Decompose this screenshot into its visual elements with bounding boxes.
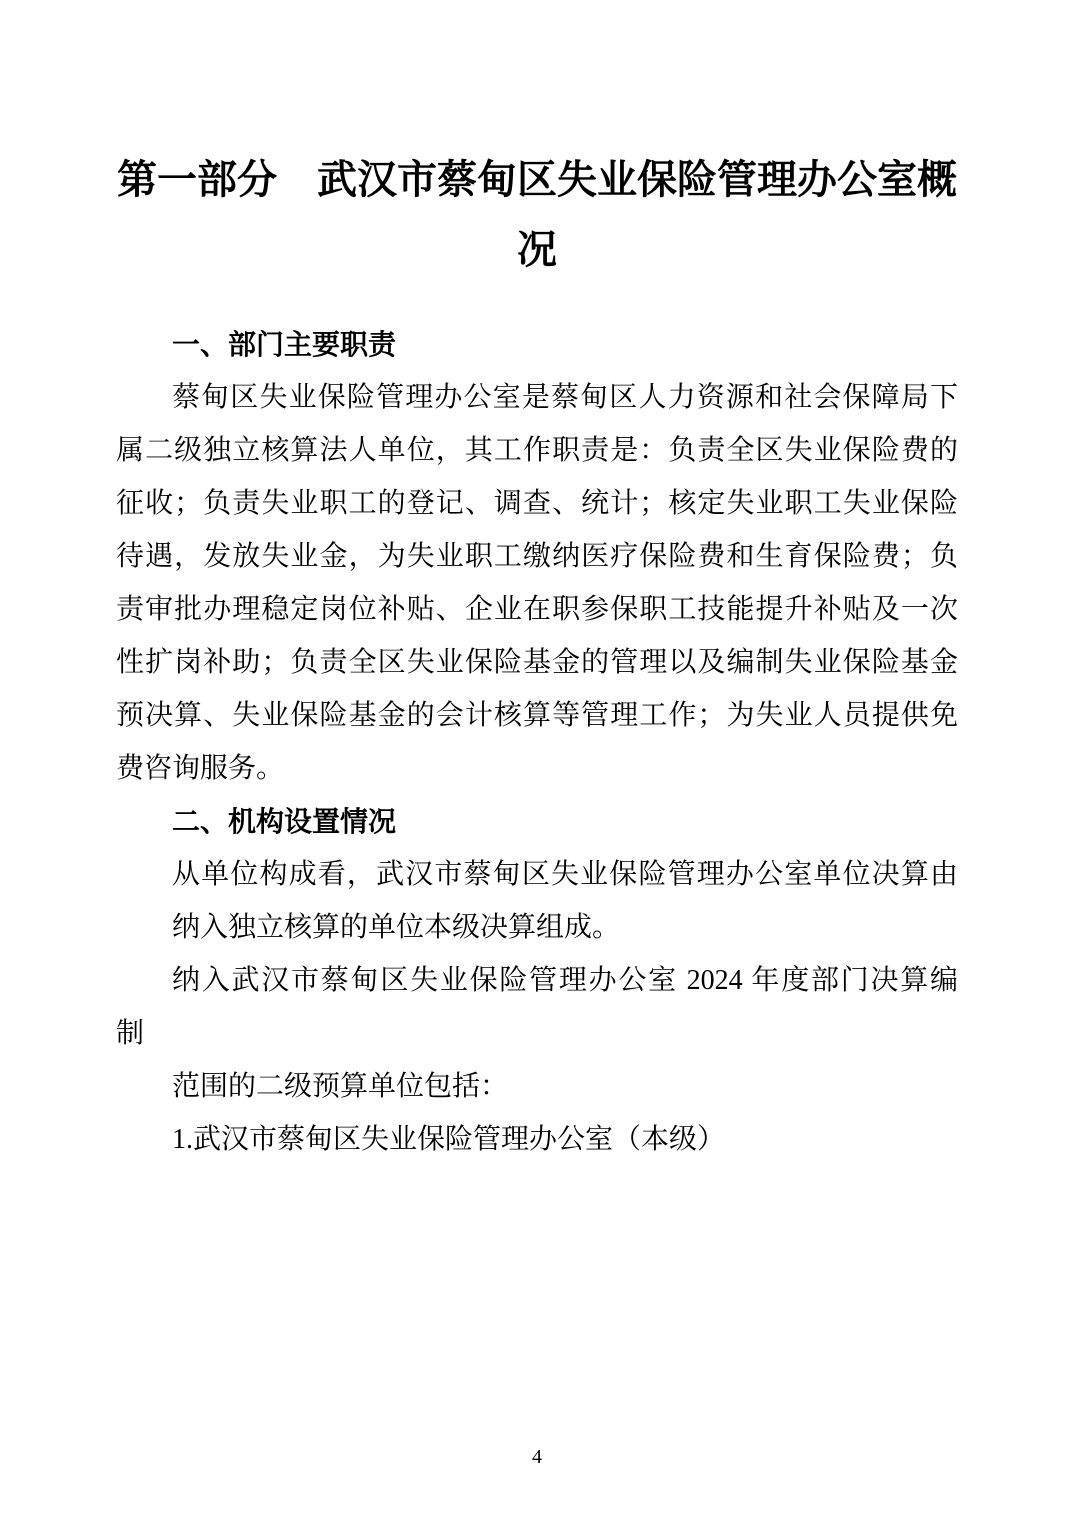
document-body: 一、部门主要职责 蔡甸区失业保险管理办公室是蔡甸区人力资源和社会保障局下 属二级… (116, 318, 958, 1166)
section-1-line-1: 蔡甸区失业保险管理办公室是蔡甸区人力资源和社会保障局下 (116, 371, 958, 424)
section-1-heading: 一、部门主要职责 (116, 318, 958, 371)
page-title-line-2: 况 (116, 215, 958, 285)
section-1-line-2: 属二级独立核算法人单位，其工作职责是：负责全区失业保险费的 (116, 424, 958, 477)
section-2-line-3: 纳入武汉市蔡甸区失业保险管理办公室 2024 年度部门决算编 (116, 954, 958, 1007)
section-1-line-5: 责审批办理稳定岗位补贴、企业在职参保职工技能提升补贴及一次 (116, 583, 958, 636)
section-1-line-3: 征收；负责失业职工的登记、调查、统计；核定失业职工失业保险 (116, 477, 958, 530)
section-2-line-5: 范围的二级预算单位包括： (116, 1060, 958, 1113)
page-title: 第一部分 武汉市蔡甸区失业保险管理办公室概 况 (116, 145, 958, 285)
section-2-line-6: 1.武汉市蔡甸区失业保险管理办公室（本级） (116, 1113, 958, 1166)
section-2-line-2: 纳入独立核算的单位本级决算组成。 (116, 901, 958, 954)
section-1-line-7: 预决算、失业保险基金的会计核算等管理工作；为失业人员提供免 (116, 689, 958, 742)
section-2-line-4: 制 (116, 1007, 958, 1060)
section-1-line-4: 待遇，发放失业金，为失业职工缴纳医疗保险费和生育保险费；负 (116, 530, 958, 583)
page-number: 4 (0, 1446, 1074, 1468)
page-title-line-1: 第一部分 武汉市蔡甸区失业保险管理办公室概 (116, 145, 958, 215)
document-page: 第一部分 武汉市蔡甸区失业保险管理办公室概 况 一、部门主要职责 蔡甸区失业保险… (0, 0, 1074, 1520)
section-2-heading: 二、机构设置情况 (116, 795, 958, 848)
section-1-line-6: 性扩岗补助；负责全区失业保险基金的管理以及编制失业保险基金 (116, 636, 958, 689)
section-1-line-8: 费咨询服务。 (116, 742, 958, 795)
section-2-line-1: 从单位构成看，武汉市蔡甸区失业保险管理办公室单位决算由 (116, 848, 958, 901)
